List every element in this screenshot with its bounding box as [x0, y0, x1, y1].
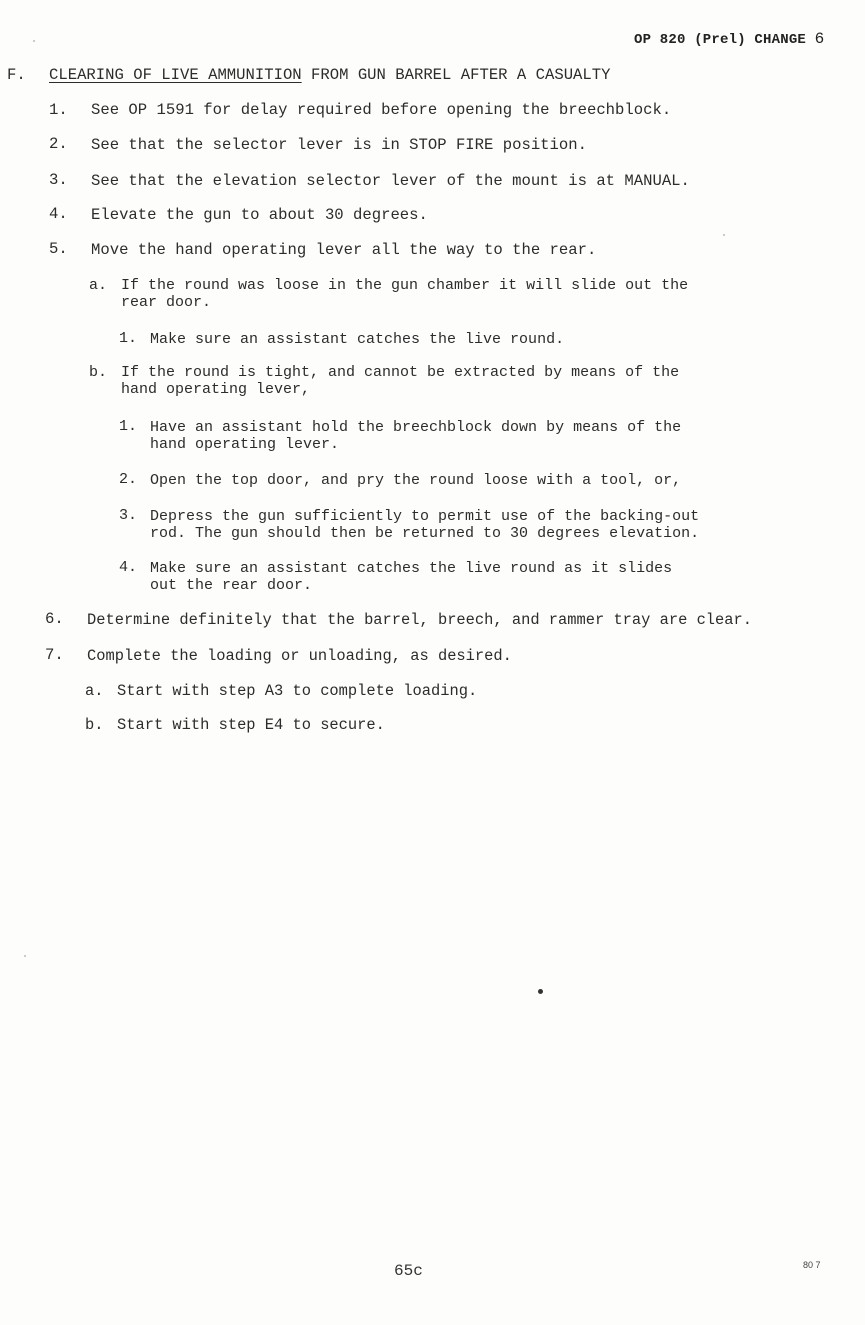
step-5a1-label: 1. [119, 330, 137, 347]
step-7a-text: Start with step A3 to complete loading. [117, 682, 477, 700]
step-5-text: Move the hand operating lever all the wa… [91, 241, 596, 259]
section-letter: F. [7, 66, 26, 84]
doc-reference: OP 820 (Prel) CHANGE [634, 32, 806, 48]
step-5b2-text: Open the top door, and pry the round loo… [150, 472, 681, 489]
step-5b2-label: 2. [119, 471, 137, 488]
step-5b3-text: Depress the gun sufficiently to permit u… [150, 508, 699, 542]
step-5b1-text: Have an assistant hold the breechblock d… [150, 419, 681, 453]
step-7-text: Complete the loading or unloading, as de… [87, 647, 512, 665]
step-6-text: Determine definitely that the barrel, br… [87, 611, 752, 629]
step-7-number: 7. [45, 646, 64, 664]
section-title-rest: FROM GUN BARREL AFTER A CASUALTY [302, 66, 611, 84]
footer-code: 80 7 [803, 1260, 821, 1270]
step-1-text: See OP 1591 for delay required before op… [91, 101, 671, 119]
step-5b1-label: 1. [119, 418, 137, 435]
section-title: CLEARING OF LIVE AMMUNITION FROM GUN BAR… [49, 66, 610, 84]
step-7b-label: b. [85, 716, 103, 734]
text-line: rear door. [121, 294, 688, 311]
step-6-number: 6. [45, 610, 64, 628]
step-2-number: 2. [49, 135, 68, 153]
step-5a-text: If the round was loose in the gun chambe… [121, 277, 688, 311]
step-2-text: See that the selector lever is in STOP F… [91, 136, 587, 154]
step-5a-label: a. [89, 277, 107, 294]
step-5-number: 5. [49, 240, 68, 258]
step-5b-label: b. [89, 364, 107, 381]
text-line: If the round was loose in the gun chambe… [121, 277, 688, 294]
scan-speck [24, 955, 26, 957]
ink-dot [538, 989, 543, 994]
scan-speck [33, 40, 35, 42]
step-5b-text: If the round is tight, and cannot be ext… [121, 364, 679, 398]
document-header: OP 820 (Prel) CHANGE 6 [634, 30, 824, 48]
document-page: OP 820 (Prel) CHANGE 6 F. CLEARING OF LI… [0, 0, 865, 1325]
text-line: If the round is tight, and cannot be ext… [121, 364, 679, 381]
section-title-underlined: CLEARING OF LIVE AMMUNITION [49, 66, 302, 84]
change-number: 6 [815, 30, 825, 48]
text-line: Depress the gun sufficiently to permit u… [150, 508, 699, 525]
text-line: hand operating lever. [150, 436, 681, 453]
step-4-number: 4. [49, 205, 68, 223]
step-7a-label: a. [85, 682, 103, 700]
step-5b4-label: 4. [119, 559, 137, 576]
text-line: Have an assistant hold the breechblock d… [150, 419, 681, 436]
page-number: 65c [394, 1262, 423, 1280]
step-4-text: Elevate the gun to about 30 degrees. [91, 206, 428, 224]
step-1-number: 1. [49, 101, 68, 119]
text-line: rod. The gun should then be returned to … [150, 525, 699, 542]
scan-speck [723, 234, 725, 236]
step-7b-text: Start with step E4 to secure. [117, 716, 385, 734]
text-line: out the rear door. [150, 577, 672, 594]
step-5b4-text: Make sure an assistant catches the live … [150, 560, 672, 594]
step-5b3-label: 3. [119, 507, 137, 524]
step-5a1-text: Make sure an assistant catches the live … [150, 331, 564, 348]
step-3-number: 3. [49, 171, 68, 189]
text-line: Make sure an assistant catches the live … [150, 560, 672, 577]
step-3-text: See that the elevation selector lever of… [91, 172, 690, 190]
text-line: hand operating lever, [121, 381, 679, 398]
